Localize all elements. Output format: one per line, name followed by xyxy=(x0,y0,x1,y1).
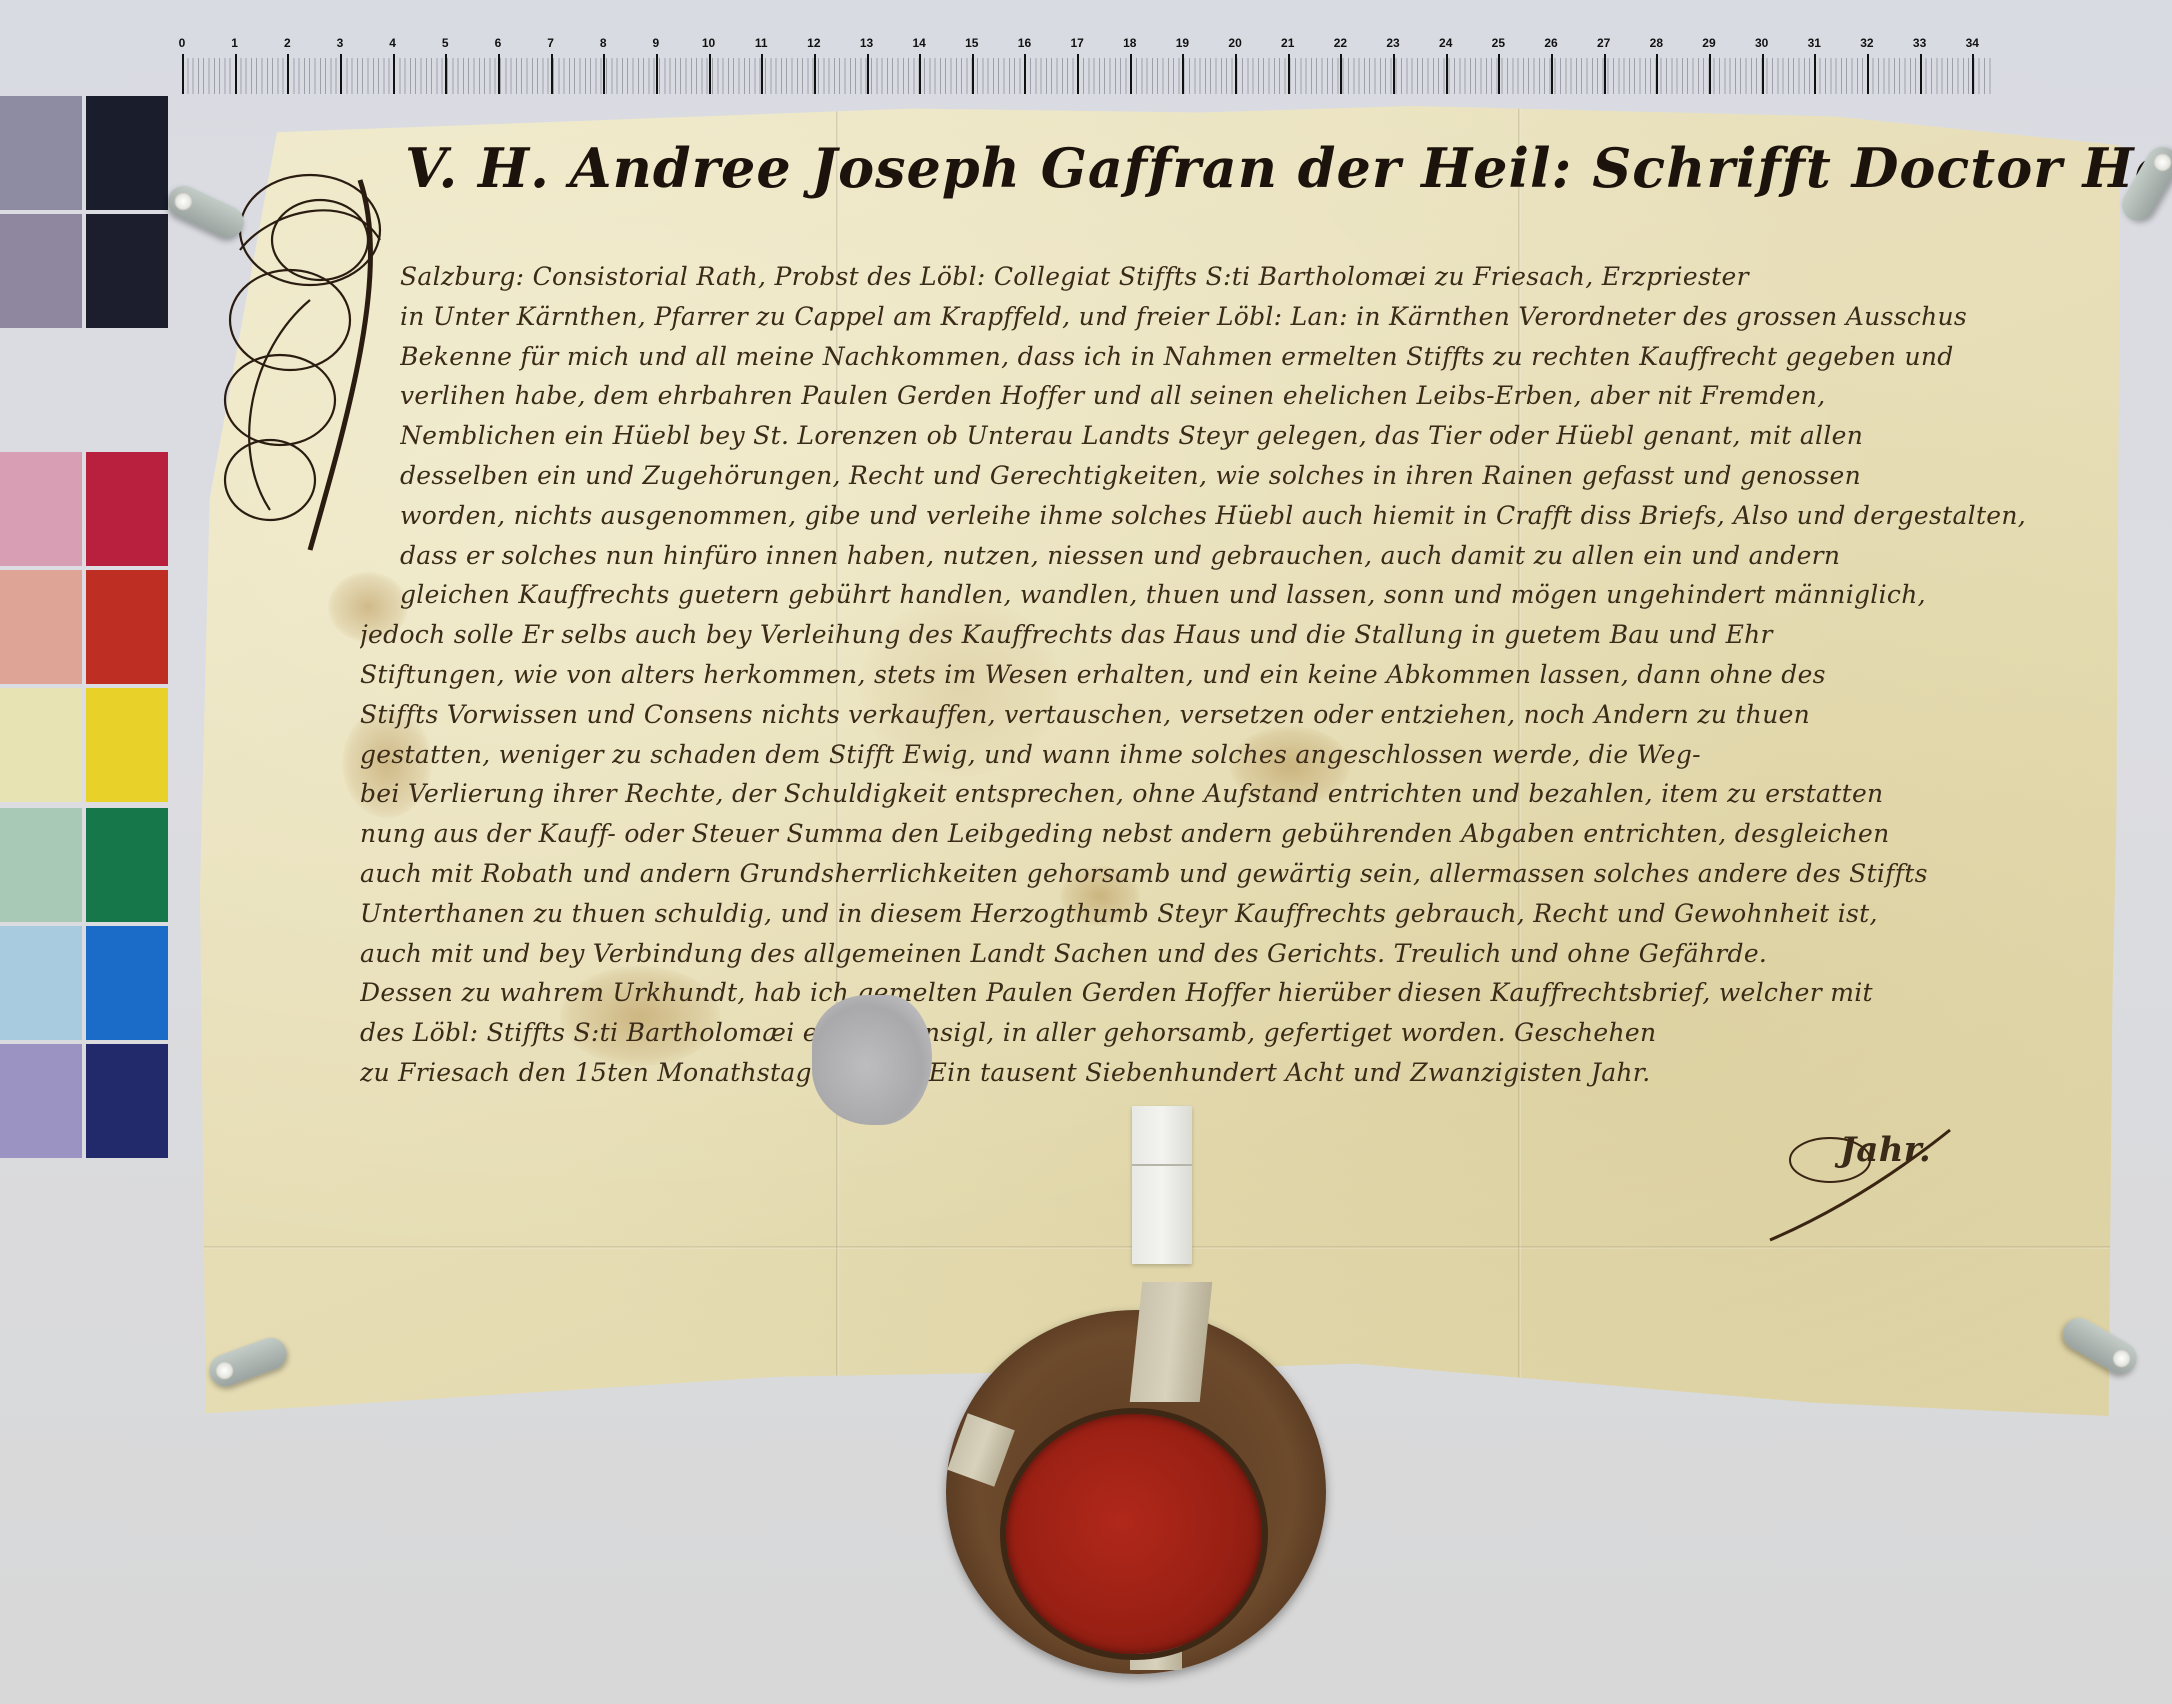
ruler-tick xyxy=(972,54,974,94)
ruler-tick xyxy=(1656,54,1658,94)
charter-text-line: zu Friesach den 15ten Monathstag Junii i… xyxy=(360,1058,2070,1087)
charter-text-line: gestatten, weniger zu schaden dem Stifft… xyxy=(360,740,2070,769)
ruler-tick-label: 31 xyxy=(1808,36,1821,50)
ruler-scale xyxy=(182,58,1994,94)
signature-paraph xyxy=(1760,1120,1960,1250)
parchment-hole xyxy=(812,995,932,1125)
ruler-tick xyxy=(1498,54,1500,94)
ruler-tick-label: 24 xyxy=(1439,36,1452,50)
charter-text-line: worden, nichts ausgenommen, gibe und ver… xyxy=(400,501,2070,530)
color-swatch-light xyxy=(0,1044,82,1158)
ruler-tick-label: 7 xyxy=(547,36,554,50)
ruler-tick xyxy=(1340,54,1342,94)
ruler-tick-label: 30 xyxy=(1755,36,1768,50)
ruler-tick xyxy=(709,54,711,94)
color-swatch-light xyxy=(0,96,82,210)
ruler-tick xyxy=(1077,54,1079,94)
color-calibration-chart xyxy=(0,96,176,1166)
color-swatch-light xyxy=(0,452,82,566)
color-swatch-dark xyxy=(86,1044,168,1158)
charter-text-line: bei Verlierung ihrer Rechte, der Schuldi… xyxy=(360,779,2070,808)
ruler-tick xyxy=(1814,54,1816,94)
ruler-tick xyxy=(761,54,763,94)
ruler-tick-label: 25 xyxy=(1492,36,1505,50)
ruler-tick-label: 22 xyxy=(1334,36,1347,50)
ruler-tick xyxy=(1288,54,1290,94)
ruler-tick-label: 34 xyxy=(1966,36,1979,50)
ruler-tick-label: 33 xyxy=(1913,36,1926,50)
ruler-tick xyxy=(1972,54,1974,94)
ruler-tick-label: 26 xyxy=(1544,36,1557,50)
ruler-tick-label: 2 xyxy=(284,36,291,50)
ruler-tick-label: 16 xyxy=(1018,36,1031,50)
ruler-tick xyxy=(1446,54,1448,94)
ruler-tick xyxy=(340,54,342,94)
ruler-tick-label: 18 xyxy=(1123,36,1136,50)
ruler-tick-label: 3 xyxy=(337,36,344,50)
charter-text-line: Stiftungen, wie von alters herkommen, st… xyxy=(360,660,2070,689)
charter-text-line: Dessen zu wahrem Urkhundt, hab ich gemel… xyxy=(360,978,2070,1007)
ruler-tick xyxy=(551,54,553,94)
color-swatch-dark xyxy=(86,688,168,802)
ruler-tick xyxy=(1024,54,1026,94)
ruler-tick-label: 9 xyxy=(653,36,660,50)
seal-parchment-tag xyxy=(1132,1106,1192,1264)
ruler-tick xyxy=(1235,54,1237,94)
charter-text-line: in Unter Kärnthen, Pfarrer zu Cappel am … xyxy=(400,302,2070,331)
ruler-tick-label: 6 xyxy=(495,36,502,50)
ruler-tick xyxy=(235,54,237,94)
charter-text-line: nung aus der Kauff- oder Steuer Summa de… xyxy=(360,819,2070,848)
color-swatch-dark xyxy=(86,808,168,922)
ruler-tick-label: 21 xyxy=(1281,36,1294,50)
charter-text-line: Salzburg: Consistorial Rath, Probst des … xyxy=(400,262,2070,291)
centimeter-ruler: 0123456789101112131415161718192021222324… xyxy=(182,58,1994,94)
ruler-tick-label: 10 xyxy=(702,36,715,50)
charter-text-line: Unterthanen zu thuen schuldig, und in di… xyxy=(360,899,2070,928)
ruler-tick-label: 23 xyxy=(1386,36,1399,50)
ruler-tick-label: 1 xyxy=(231,36,238,50)
ruler-tick xyxy=(919,54,921,94)
charter-text-line: desselben ein und Zugehörungen, Recht un… xyxy=(400,461,2070,490)
ruler-tick xyxy=(393,54,395,94)
color-swatch-light xyxy=(0,570,82,684)
ruler-tick-label: 14 xyxy=(912,36,925,50)
color-swatch-dark xyxy=(86,96,168,210)
ruler-tick-label: 0 xyxy=(179,36,186,50)
charter-text-line: gleichen Kauffrechts guetern gebührt han… xyxy=(400,580,2070,609)
ruler-tick-label: 5 xyxy=(442,36,449,50)
ruler-tick-label: 20 xyxy=(1228,36,1241,50)
ruler-tick-label: 28 xyxy=(1650,36,1663,50)
ruler-tick-label: 4 xyxy=(389,36,396,50)
ruler-tick-label: 15 xyxy=(965,36,978,50)
ruler-tick xyxy=(287,54,289,94)
ruler-tick xyxy=(867,54,869,94)
ruler-tick xyxy=(1182,54,1184,94)
color-swatch-dark xyxy=(86,926,168,1040)
color-swatch-dark xyxy=(86,452,168,566)
red-wax-seal xyxy=(1006,1414,1262,1654)
ruler-tick-label: 32 xyxy=(1860,36,1873,50)
color-swatch-dark xyxy=(86,570,168,684)
ruler-tick xyxy=(445,54,447,94)
ruler-tick xyxy=(1393,54,1395,94)
charter-text-line: Stiffts Vorwissen und Consens nichts ver… xyxy=(360,700,2070,729)
ruler-tick xyxy=(1762,54,1764,94)
charter-heading: V. H. Andree Joseph Gaffran der Heil: Sc… xyxy=(405,136,2165,200)
ruler-tick-label: 13 xyxy=(860,36,873,50)
ruler-tick-label: 11 xyxy=(755,36,768,50)
ruler-tick-label: 27 xyxy=(1597,36,1610,50)
charter-text-line: des Löbl: Stiffts S:ti Bartholomæi eigen… xyxy=(360,1018,2070,1047)
charter-text-line: auch mit und bey Verbindung des allgemei… xyxy=(360,939,2070,968)
ruler-tick xyxy=(1130,54,1132,94)
color-swatch-light xyxy=(0,808,82,922)
charter-text-line: jedoch solle Er selbs auch bey Verleihun… xyxy=(360,620,2070,649)
ruler-tick xyxy=(182,54,184,94)
ruler-tick xyxy=(1551,54,1553,94)
ruler-tick-label: 29 xyxy=(1702,36,1715,50)
color-swatch-light xyxy=(0,926,82,1040)
charter-text-line: dass er solches nun hinfüro innen haben,… xyxy=(400,541,2070,570)
ruler-tick xyxy=(1867,54,1869,94)
charter-text-line: Nemblichen ein Hüebl bey St. Lorenzen ob… xyxy=(400,421,2070,450)
ruler-tick xyxy=(656,54,658,94)
color-swatch-light xyxy=(0,688,82,802)
charter-text-line: verlihen habe, dem ehrbahren Paulen Gerd… xyxy=(400,381,2070,410)
ruler-tick xyxy=(1604,54,1606,94)
color-swatch-dark xyxy=(86,214,168,328)
ruler-tick xyxy=(814,54,816,94)
ruler-tick-label: 8 xyxy=(600,36,607,50)
color-swatch-light xyxy=(0,214,82,328)
charter-text-line: auch mit Robath und andern Grundsherrlic… xyxy=(360,859,2070,888)
ruler-tick-label: 19 xyxy=(1176,36,1189,50)
seal-strap xyxy=(1130,1282,1213,1402)
ruler-tick xyxy=(603,54,605,94)
ruler-tick-label: 17 xyxy=(1070,36,1083,50)
ruler-tick xyxy=(1709,54,1711,94)
ruler-tick xyxy=(498,54,500,94)
ruler-tick xyxy=(1920,54,1922,94)
ruler-tick-label: 12 xyxy=(807,36,820,50)
charter-text-line: Bekenne für mich und all meine Nachkomme… xyxy=(400,342,2070,371)
